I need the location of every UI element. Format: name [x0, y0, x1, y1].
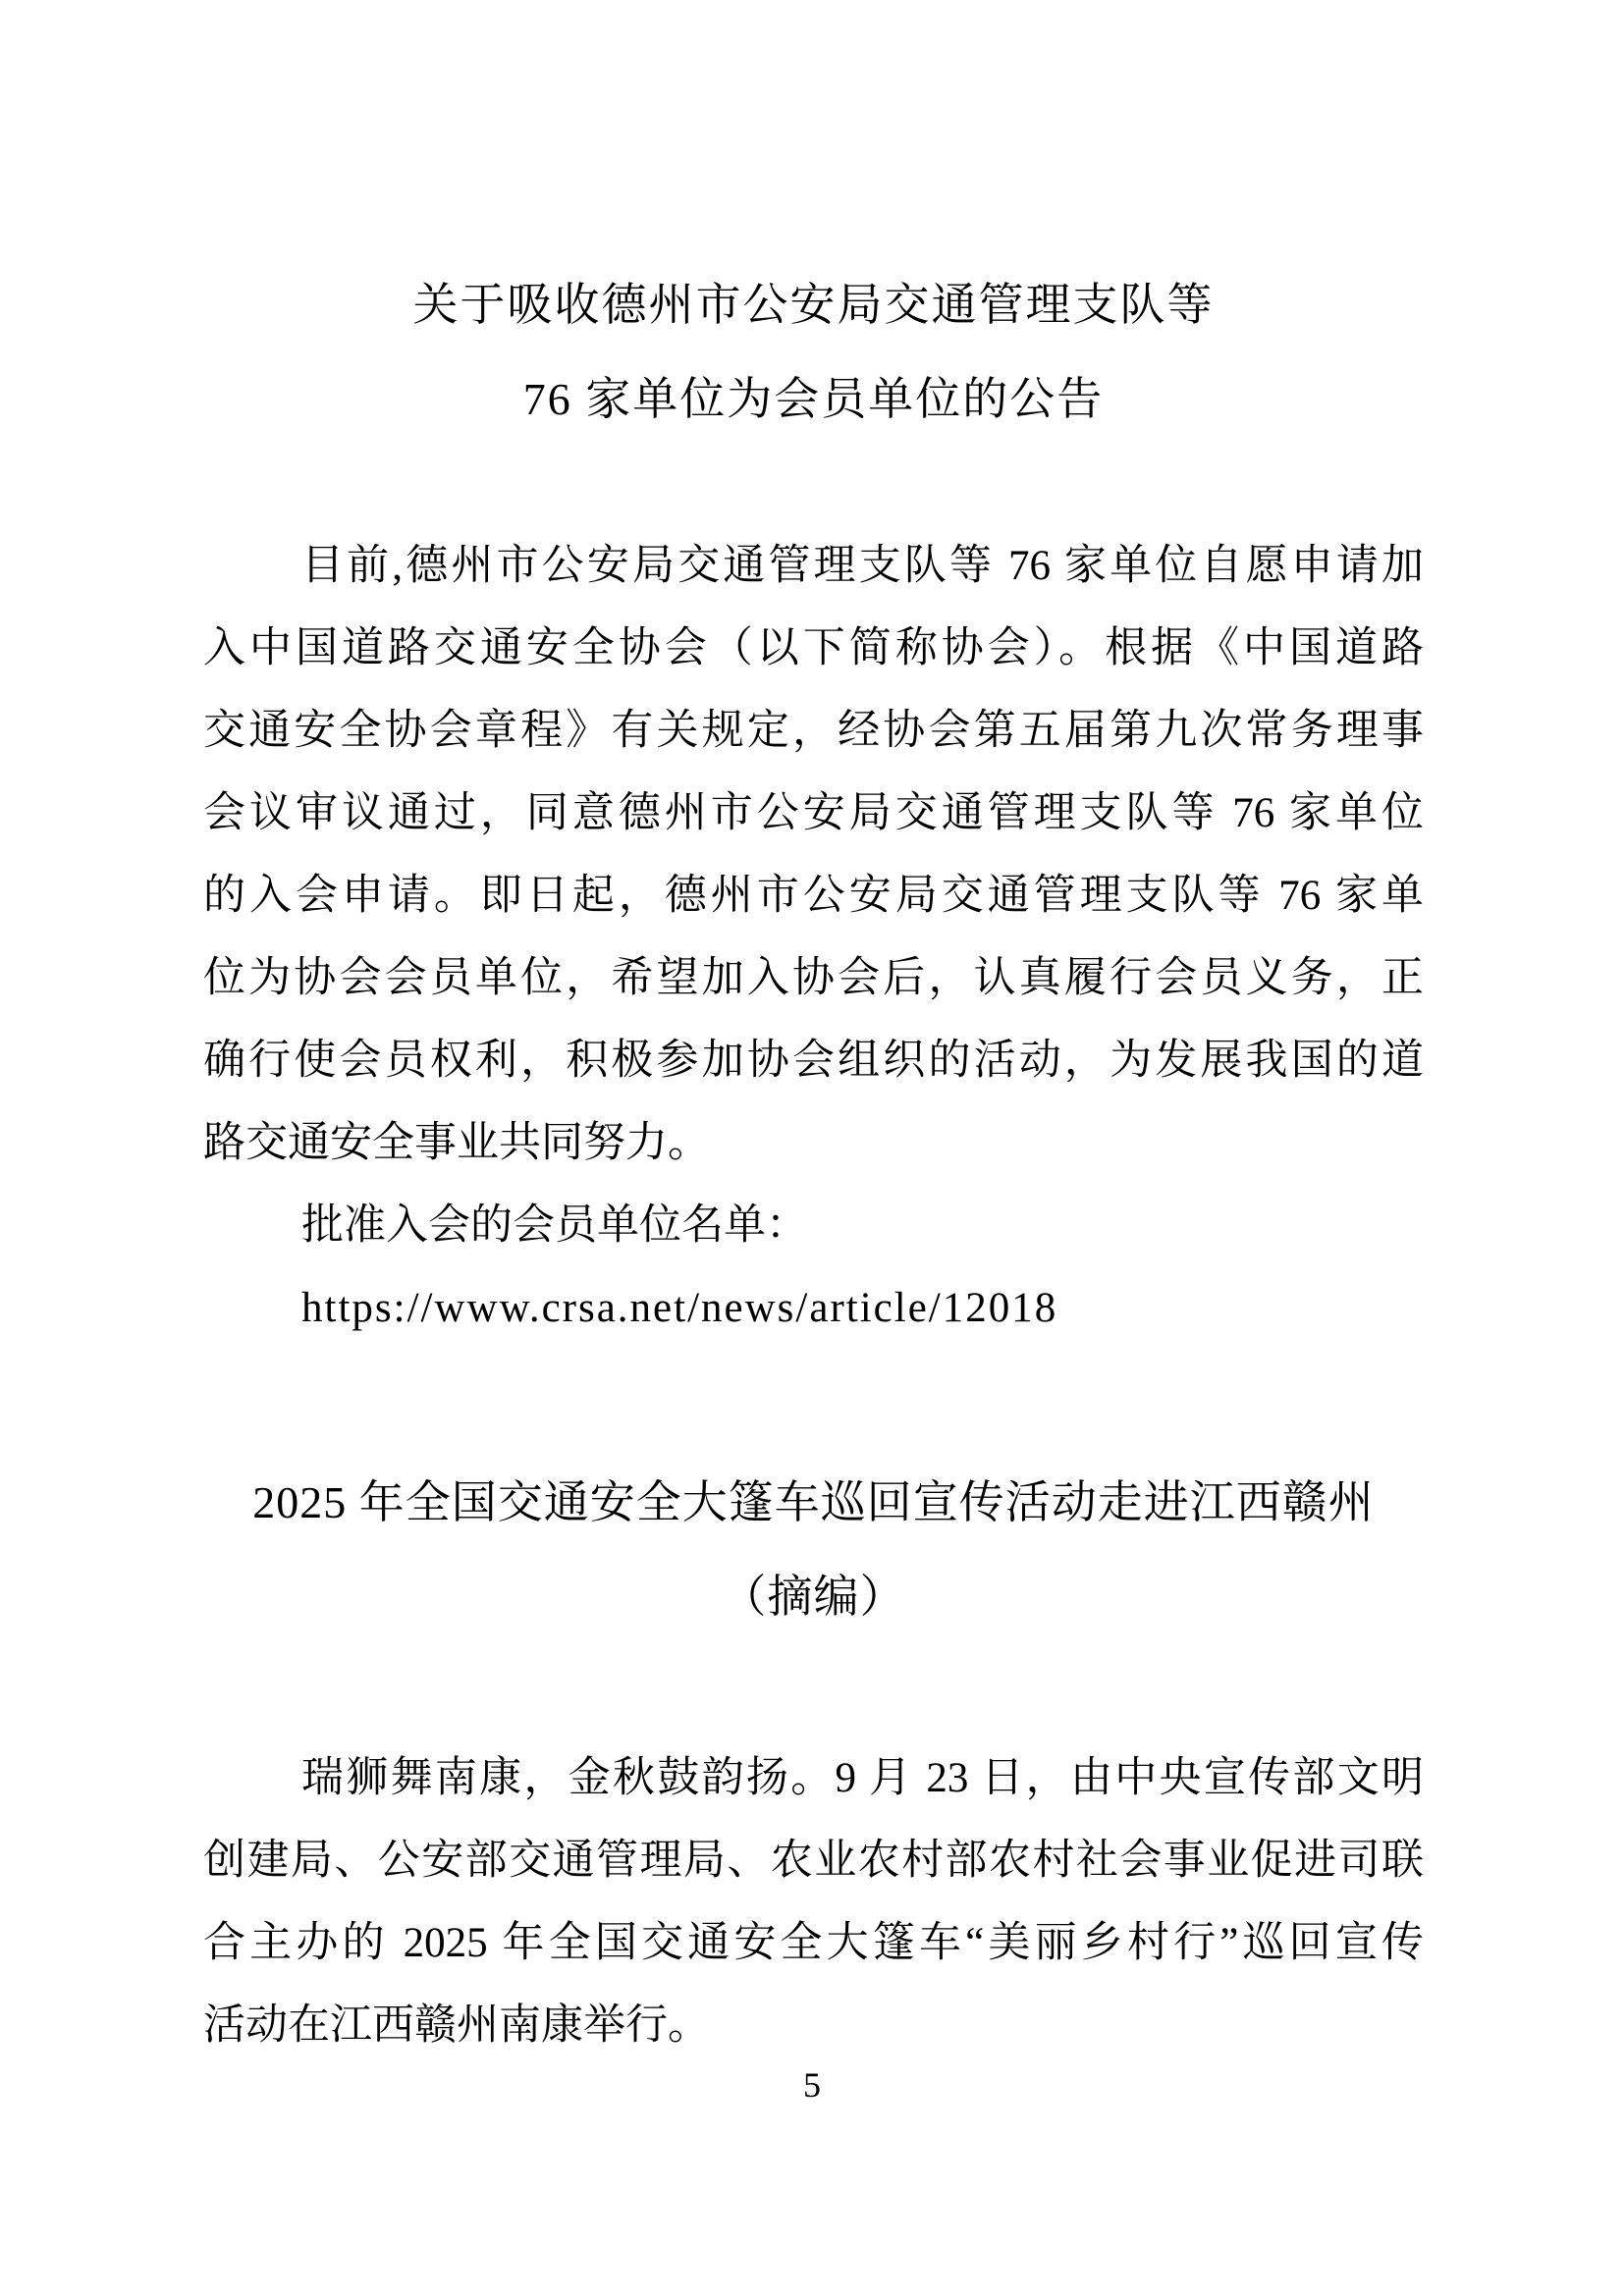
text-line: 合主办的 2025 年全国交通安全大篷车“美丽乡村行”巡回宣传	[203, 1902, 1424, 1985]
page-number: 5	[0, 2061, 1624, 2109]
article-title-line-2: （摘编）	[203, 1550, 1424, 1644]
member-list-label: 批准入会的会员单位名单：	[203, 1185, 1424, 1267]
article-title: 2025 年全国交通安全大篷车巡回宣传活动走进江西赣州 （摘编）	[203, 1456, 1424, 1644]
text-line: 目前,德州市公安局交通管理支队等 76 家单位自愿申请加	[203, 525, 1424, 608]
text-line: 入中国道路交通安全协会（以下简称协会）。根据《中国道路	[203, 608, 1424, 690]
text-line: 会议审议通过，同意德州市公安局交通管理支队等 76 家单位	[203, 773, 1424, 855]
announcement-title-line-1: 关于吸收德州市公安局交通管理支队等	[203, 258, 1424, 352]
article-body: 瑞狮舞南康，金秋鼓韵扬。9 月 23 日，由中央宣传部文明 创建局、公安部交通管…	[203, 1737, 1424, 2067]
text-line: 活动在江西赣州南康举行。	[203, 1985, 1424, 2067]
text-line: 的入会申请。即日起，德州市公安局交通管理支队等 76 家单	[203, 855, 1424, 937]
article-title-line-1: 2025 年全国交通安全大篷车巡回宣传活动走进江西赣州	[203, 1456, 1424, 1550]
text-line: 交通安全协会章程》有关规定，经协会第五届第九次常务理事	[203, 690, 1424, 773]
text-line: 确行使会员权利，积极参加协会组织的活动，为发展我国的道	[203, 1020, 1424, 1102]
announcement-body: 目前,德州市公安局交通管理支队等 76 家单位自愿申请加 入中国道路交通安全协会…	[203, 525, 1424, 1350]
text-line: 路交通安全事业共同努力。	[203, 1102, 1424, 1185]
text-line: 位为协会会员单位，希望加入协会后，认真履行会员义务，正	[203, 937, 1424, 1020]
member-list-url[interactable]: https://www.crsa.net/news/article/12018	[203, 1267, 1424, 1350]
document-page: 关于吸收德州市公安局交通管理支队等 76 家单位为会员单位的公告 目前,德州市公…	[0, 0, 1624, 2296]
text-line: 创建局、公安部交通管理局、农业农村部农村社会事业促进司联	[203, 1820, 1424, 1902]
announcement-title: 关于吸收德州市公安局交通管理支队等 76 家单位为会员单位的公告	[203, 258, 1424, 447]
text-line: 瑞狮舞南康，金秋鼓韵扬。9 月 23 日，由中央宣传部文明	[203, 1737, 1424, 1820]
announcement-title-line-2: 76 家单位为会员单位的公告	[203, 352, 1424, 447]
